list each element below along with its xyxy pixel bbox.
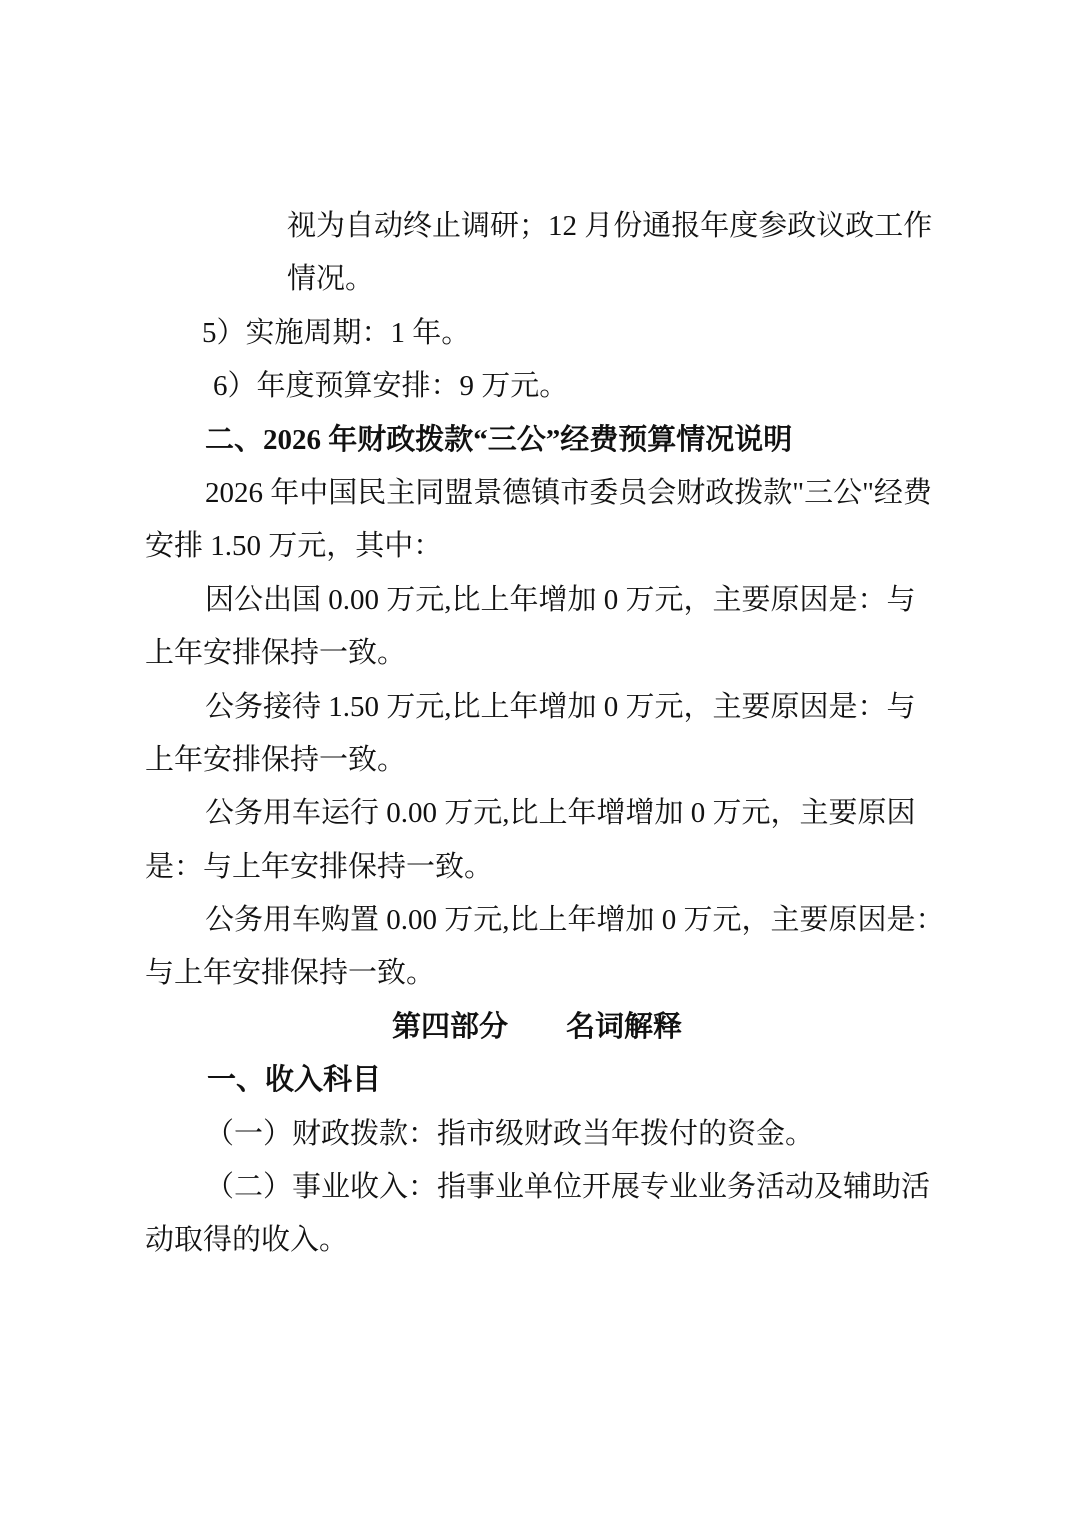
text-line: （二）事业收入：指事业单位开展专业业务活动及辅助活 [205, 1161, 929, 1214]
text-line: 与上年安排保持一致。 [145, 947, 929, 1000]
paragraph-sangong-total: 2026 年中国民主同盟景德镇市委员会财政拨款"三公"经费 安排 1.50 万元… [145, 467, 929, 574]
text-line: 上年安排保持一致。 [145, 627, 929, 680]
text-line: 情况。 [287, 253, 929, 306]
section-heading: 二、2026 年财政拨款“三公”经费预算情况说明 [205, 414, 929, 467]
text-line: 5）实施周期：1 年。 [202, 307, 929, 360]
text-line: 公务接待 1.50 万元,比上年增加 0 万元，主要原因是：与 [205, 681, 929, 734]
text-line: 公务用车购置 0.00 万元,比上年增加 0 万元，主要原因是： [205, 894, 929, 947]
document-page: 视为自动终止调研；12 月份通报年度参政议政工作 情况。 5）实施周期：1 年。… [0, 0, 1074, 1520]
document-content: 视为自动终止调研；12 月份通报年度参政议政工作 情况。 5）实施周期：1 年。… [145, 200, 929, 1268]
text-line: 公务用车运行 0.00 万元,比上年增增加 0 万元，主要原因 [205, 787, 929, 840]
list-item-implementation-period: 5）实施周期：1 年。 [145, 307, 929, 360]
heading-sangong-budget: 二、2026 年财政拨款“三公”经费预算情况说明 [145, 414, 929, 467]
paragraph-business-income-definition: （二）事业收入：指事业单位开展专业业务活动及辅助活 动取得的收入。 [145, 1161, 929, 1268]
paragraph-research-note: 视为自动终止调研；12 月份通报年度参政议政工作 情况。 [145, 200, 929, 307]
text-line: 2026 年中国民主同盟景德镇市委员会财政拨款"三公"经费 [205, 467, 929, 520]
heading-part-four: 第四部分 名词解释 [145, 1001, 929, 1054]
sub-heading: 一、收入科目 [207, 1054, 929, 1107]
part-heading: 第四部分 名词解释 [145, 1001, 929, 1054]
text-line: 6）年度预算安排：9 万元。 [213, 360, 929, 413]
text-line: 视为自动终止调研；12 月份通报年度参政议政工作 [287, 200, 929, 253]
text-line: （一）财政拨款：指市级财政当年拨付的资金。 [205, 1108, 929, 1161]
text-line: 是：与上年安排保持一致。 [145, 841, 929, 894]
text-line: 因公出国 0.00 万元,比上年增加 0 万元，主要原因是：与 [205, 574, 929, 627]
text-line: 动取得的收入。 [145, 1214, 929, 1267]
list-item-annual-budget: 6）年度预算安排：9 万元。 [145, 360, 929, 413]
paragraph-vehicle-operation: 公务用车运行 0.00 万元,比上年增增加 0 万元，主要原因 是：与上年安排保… [145, 787, 929, 894]
text-line: 安排 1.50 万元，其中： [145, 520, 929, 573]
paragraph-official-reception: 公务接待 1.50 万元,比上年增加 0 万元，主要原因是：与 上年安排保持一致… [145, 681, 929, 788]
paragraph-fiscal-appropriation-definition: （一）财政拨款：指市级财政当年拨付的资金。 [145, 1108, 929, 1161]
text-line: 上年安排保持一致。 [145, 734, 929, 787]
paragraph-overseas-travel: 因公出国 0.00 万元,比上年增加 0 万元，主要原因是：与 上年安排保持一致… [145, 574, 929, 681]
heading-income-subjects: 一、收入科目 [145, 1054, 929, 1107]
paragraph-vehicle-purchase: 公务用车购置 0.00 万元,比上年增加 0 万元，主要原因是： 与上年安排保持… [145, 894, 929, 1001]
